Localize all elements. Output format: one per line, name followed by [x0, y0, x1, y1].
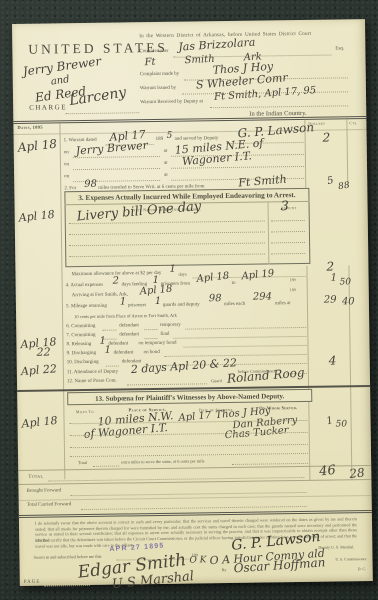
committing-final-label: 7. Committing: [66, 333, 95, 338]
ct-line-2: [144, 329, 157, 330]
committing-temp-label: 6. Committing: [66, 324, 95, 329]
feeding-amount-dollars: 1: [331, 272, 338, 283]
warrant-date-entry: Apl 18: [17, 137, 57, 155]
subpoena-date-entry: Apl 18: [21, 414, 58, 431]
warrant-amount: 2: [323, 131, 331, 145]
total-amount-dollars: 46: [319, 463, 337, 480]
commissioner-label: Commissioner: [139, 49, 168, 54]
cts-column-header: Cts.: [349, 121, 357, 125]
mileage-guards: 1: [155, 296, 162, 307]
at-label-3: at: [164, 173, 168, 178]
posse-label: 12. Name of Posse Com.: [67, 379, 117, 385]
posse-guard-label: Guard: [211, 378, 222, 383]
page-label: PAGE: [24, 580, 41, 585]
max-allowance-days: 1: [169, 264, 176, 275]
extra-miles-label: extra miles to serve the same, at 6 cent…: [121, 458, 204, 464]
releasing-defendant: defendant: [108, 341, 128, 346]
expense-amount: 3: [280, 199, 288, 214]
attendance-value: 2 days Apl 20 & 22: [130, 356, 237, 376]
attendance-label: 11. Attendance of Deputy: [67, 370, 118, 376]
cf-line-2: [144, 338, 157, 339]
posse-line-1: [127, 383, 207, 385]
feeding-from: Apl 18: [196, 271, 230, 285]
committing-temp-defendant: defendant: [119, 323, 139, 328]
feeding-label-4: to: [232, 281, 236, 286]
mileage-label-3: guards and deputy: [163, 302, 200, 308]
discharging-bond-date: 22: [36, 345, 50, 358]
discharging-label: 10. Discharging: [67, 360, 99, 365]
feeding-year: 189: [290, 277, 296, 282]
subpoena-amount-cts: 50: [336, 419, 348, 429]
fee-bill-document: UNITED STATES Jerry Brewer and Ed Reed C…: [12, 19, 373, 586]
extra-miles-line-1: [93, 466, 119, 467]
releasing-line: [184, 345, 307, 348]
clerk-title: D. C.: [358, 566, 367, 571]
extra-miles-total-label: Total: [78, 460, 87, 465]
mileage-label-6: 10 cents per mile from Place of Arrest t…: [74, 313, 177, 319]
mileage-miles-total: 294: [253, 291, 272, 302]
committing-temp-type: temporary: [160, 323, 181, 328]
ct-line-1: [102, 330, 116, 331]
subpoena-line-4: [70, 453, 308, 457]
subpoena-amount-dollars: 1: [325, 415, 334, 427]
mileage-label-1: 5. Mileage returning: [66, 304, 107, 310]
committing-final-type: final: [160, 332, 169, 337]
dates-column-header: Dates, 1895: [17, 125, 42, 130]
carried-forward-line: [81, 506, 307, 510]
on-label-1: on: [64, 150, 69, 155]
total-label: Total: [28, 474, 43, 480]
sworn-label: Sworn to and subscribed before me this: [33, 554, 101, 560]
discharging-bond-label: 9. Discharging: [67, 351, 96, 356]
subpoena-place-2: of Wagoner I.T.: [83, 421, 168, 441]
charge-label: CHARGE: [29, 103, 67, 112]
discharging-bond-type: on bond: [144, 350, 160, 355]
feeding-label-1: 4. Actual expenses: [66, 283, 103, 289]
mileage-amount-dollars: 29: [324, 294, 337, 305]
mileage-miles-each: 98: [209, 293, 222, 304]
warrant-issued-label: Warrant Issued by: [140, 86, 176, 92]
mileage-prisoners: 1: [120, 296, 127, 307]
feeding-days: 2: [113, 276, 120, 287]
at-label-2: at: [164, 161, 168, 166]
ok-note: O K: [189, 555, 206, 565]
discharging-bond-defendant: defendant: [114, 350, 134, 355]
carried-forward-label: Total Carried Forward: [27, 502, 72, 508]
ct-line-3: [185, 327, 306, 330]
at-label-1: at: [164, 149, 168, 154]
page-line: [44, 585, 90, 587]
by-label: By: [222, 567, 227, 572]
mileage-label-2: prisoners: [128, 303, 146, 308]
on-label-2: on: [64, 162, 69, 167]
dollars-column-rule-lower: [306, 266, 310, 480]
subpoena-line-3: [70, 444, 308, 448]
feeding-year-2: 189: [290, 287, 296, 292]
esq-label: Esq.: [335, 46, 344, 51]
travel-amount-cts: 88: [338, 181, 351, 193]
discharging-line-1: [106, 366, 119, 367]
releasing-label: 8. Releasing: [66, 342, 91, 347]
on-label-3: on: [64, 174, 69, 179]
max-allowance-amount: 2: [326, 260, 334, 274]
travel-from: Ft Smith: [238, 173, 287, 190]
max-allowance-days-label: days: [178, 272, 186, 277]
releasing-bond-label: on temporary bond: [138, 341, 176, 347]
mileage-amount-cts: 40: [342, 296, 355, 307]
attendance-date: Apl 22: [20, 362, 57, 378]
feeding-to: Apl 19: [241, 268, 275, 282]
travel-miles: 98: [84, 179, 97, 190]
charge-line: [65, 112, 139, 114]
expense-date: Apl 18: [18, 208, 55, 225]
approver-title: U. S. Commissioner.: [335, 557, 367, 561]
photo-background: { "header": { "title": "UNITED STATES", …: [0, 0, 378, 600]
warrant-year-print: 189: [156, 137, 164, 142]
discharging-bond-count: 1: [104, 345, 111, 356]
warrant-received-label: Warrant Received by Deputy at: [140, 99, 203, 105]
mileage-label-5: miles at: [275, 301, 291, 306]
attendance-amount: 4: [329, 354, 337, 368]
cf-line-3: [173, 336, 306, 339]
on-line-2: [73, 168, 160, 170]
complaint-label: Complaint made by: [140, 72, 180, 78]
warrant-year-hw: 5: [167, 131, 173, 141]
mileage-label-4: miles each: [224, 302, 245, 307]
feeding-amount-cts: 50: [340, 277, 352, 287]
subpoena-col-miles: Miles To.: [63, 409, 107, 415]
extra-miles-line-2: [232, 463, 308, 465]
warrant-received-line: [210, 105, 348, 108]
brought-forward-label: Brought Forward: [26, 488, 61, 493]
travel-amount-dollars: 5: [326, 175, 335, 187]
committing-final-defendant: defendant: [119, 332, 139, 337]
